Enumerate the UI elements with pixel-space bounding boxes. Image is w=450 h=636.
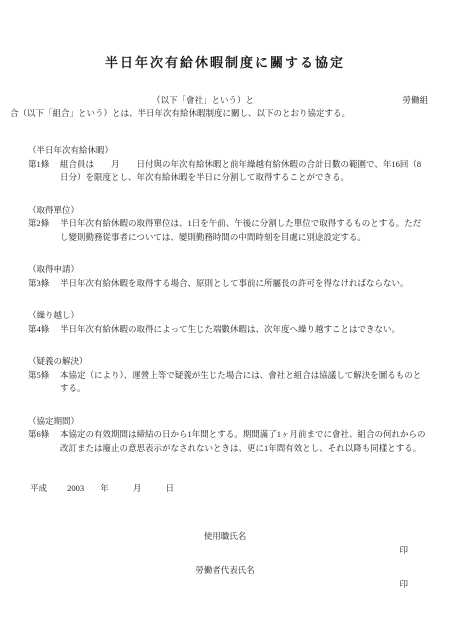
intro-company-clause: （以下「會社」という）と: [152, 94, 254, 107]
article-3-body: 半日年次有給休暇を取得する場合、原則として事前に所屬長の許可を得なければならない…: [60, 277, 426, 291]
intro-line-2: 合（以下「組合」という）とは、半日年次有給休暇制度に關し、以下のとおり協定する。: [10, 107, 428, 120]
intro-union-word-start: 勞働組: [402, 94, 428, 107]
article-1-number: 第1條: [28, 158, 53, 172]
article-6-body: 本協定の有效期間は締結の日から1年間とする。期間滿了1ヶ月前までに會社、組合の何…: [60, 428, 426, 455]
article-3-number: 第3條: [28, 277, 53, 291]
document-title: 半日年次有給休暇制度に關する協定: [0, 52, 450, 71]
article-5-heading: （疑義の解決）: [28, 355, 426, 369]
date-line: 平成 2003 年 月 日: [0, 482, 450, 494]
article-3-heading: （取得申請）: [28, 263, 426, 277]
article-3-clause: 第3條 半日年次有給休暇を取得する場合、原則として事前に所屬長の許可を得なければ…: [28, 277, 426, 291]
intro-paragraph: （以下「會社」という）と 勞働組 合（以下「組合」という）とは、半日年次有給休暇…: [0, 94, 450, 119]
day-label: 日: [166, 483, 175, 493]
month-label: 月: [133, 483, 142, 493]
article-6-heading: （協定期間）: [28, 415, 426, 429]
article-2-clause: 第2條 半日年次有給休暇の取得單位は、1日を午前、午後に分割した單位で取得するも…: [28, 217, 426, 244]
employer-name-label: 使用職氏名: [0, 530, 450, 542]
article-2: （取得單位） 第2條 半日年次有給休暇の取得單位は、1日を午前、午後に分割した單…: [28, 204, 426, 245]
article-5-number: 第5條: [28, 369, 53, 383]
article-1-clause: 第1條 組合員は 月 日付與の年次有給休暇と前年繰越有給休暇の合計日數の範圍で、…: [28, 158, 426, 185]
article-5: （疑義の解決） 第5條 本協定（により）、運營上等で疑義が生じた場合には、會社と…: [28, 355, 426, 396]
era-label: 平成: [30, 483, 47, 493]
employer-seal-mark: 印: [0, 544, 450, 556]
article-4-heading: （繰り越し）: [28, 309, 426, 323]
year-label: 年: [100, 483, 109, 493]
worker-representative-name-label: 勞働者代表氏名: [0, 564, 450, 576]
article-6-clause: 第6條 本協定の有效期間は締結の日から1年間とする。期間滿了1ヶ月前までに會社、…: [28, 428, 426, 455]
article-1-heading: （半日年次有給休暇）: [28, 144, 426, 158]
articles-section: （半日年次有給休暇） 第1條 組合員は 月 日付與の年次有給休暇と前年繰越有給休…: [0, 119, 450, 455]
intro-line-1: （以下「會社」という）と 勞働組: [10, 94, 428, 107]
article-1: （半日年次有給休暇） 第1條 組合員は 月 日付與の年次有給休暇と前年繰越有給休…: [28, 144, 426, 185]
article-5-clause: 第5條 本協定（により）、運營上等で疑義が生じた場合には、會社と組合は協議して解…: [28, 369, 426, 396]
year-value: 2003: [67, 483, 84, 493]
article-2-heading: （取得單位）: [28, 204, 426, 218]
article-6: （協定期間） 第6條 本協定の有效期間は締結の日から1年間とする。期間滿了1ヶ月…: [28, 415, 426, 456]
article-3: （取得申請） 第3條 半日年次有給休暇を取得する場合、原則として事前に所屬長の許…: [28, 263, 426, 290]
article-2-body: 半日年次有給休暇の取得單位は、1日を午前、午後に分割した單位で取得するものとする…: [60, 217, 426, 244]
article-6-number: 第6條: [28, 428, 53, 442]
document-page: 半日年次有給休暇制度に關する協定 （以下「會社」という）と 勞働組 合（以下「組…: [0, 0, 450, 636]
article-4-number: 第4條: [28, 323, 53, 337]
article-1-body: 組合員は 月 日付與の年次有給休暇と前年繰越有給休暇の合計日數の範圍で、年16回…: [60, 158, 426, 185]
article-5-body: 本協定（により）、運營上等で疑義が生じた場合には、會社と組合は協議して解決を圖る…: [60, 369, 426, 396]
article-2-number: 第2條: [28, 217, 53, 231]
article-4: （繰り越し） 第4條 半日年次有給休暇の取得によって生じた端數休暇は、次年度へ繰…: [28, 309, 426, 336]
article-4-clause: 第4條 半日年次有給休暇の取得によって生じた端數休暇は、次年度へ繰り越すことはで…: [28, 323, 426, 337]
article-4-body: 半日年次有給休暇の取得によって生じた端數休暇は、次年度へ繰り越すことはできない。: [60, 323, 426, 337]
signature-section: 使用職氏名 印 勞働者代表氏名 印: [0, 530, 450, 590]
worker-representative-seal-mark: 印: [0, 578, 450, 590]
